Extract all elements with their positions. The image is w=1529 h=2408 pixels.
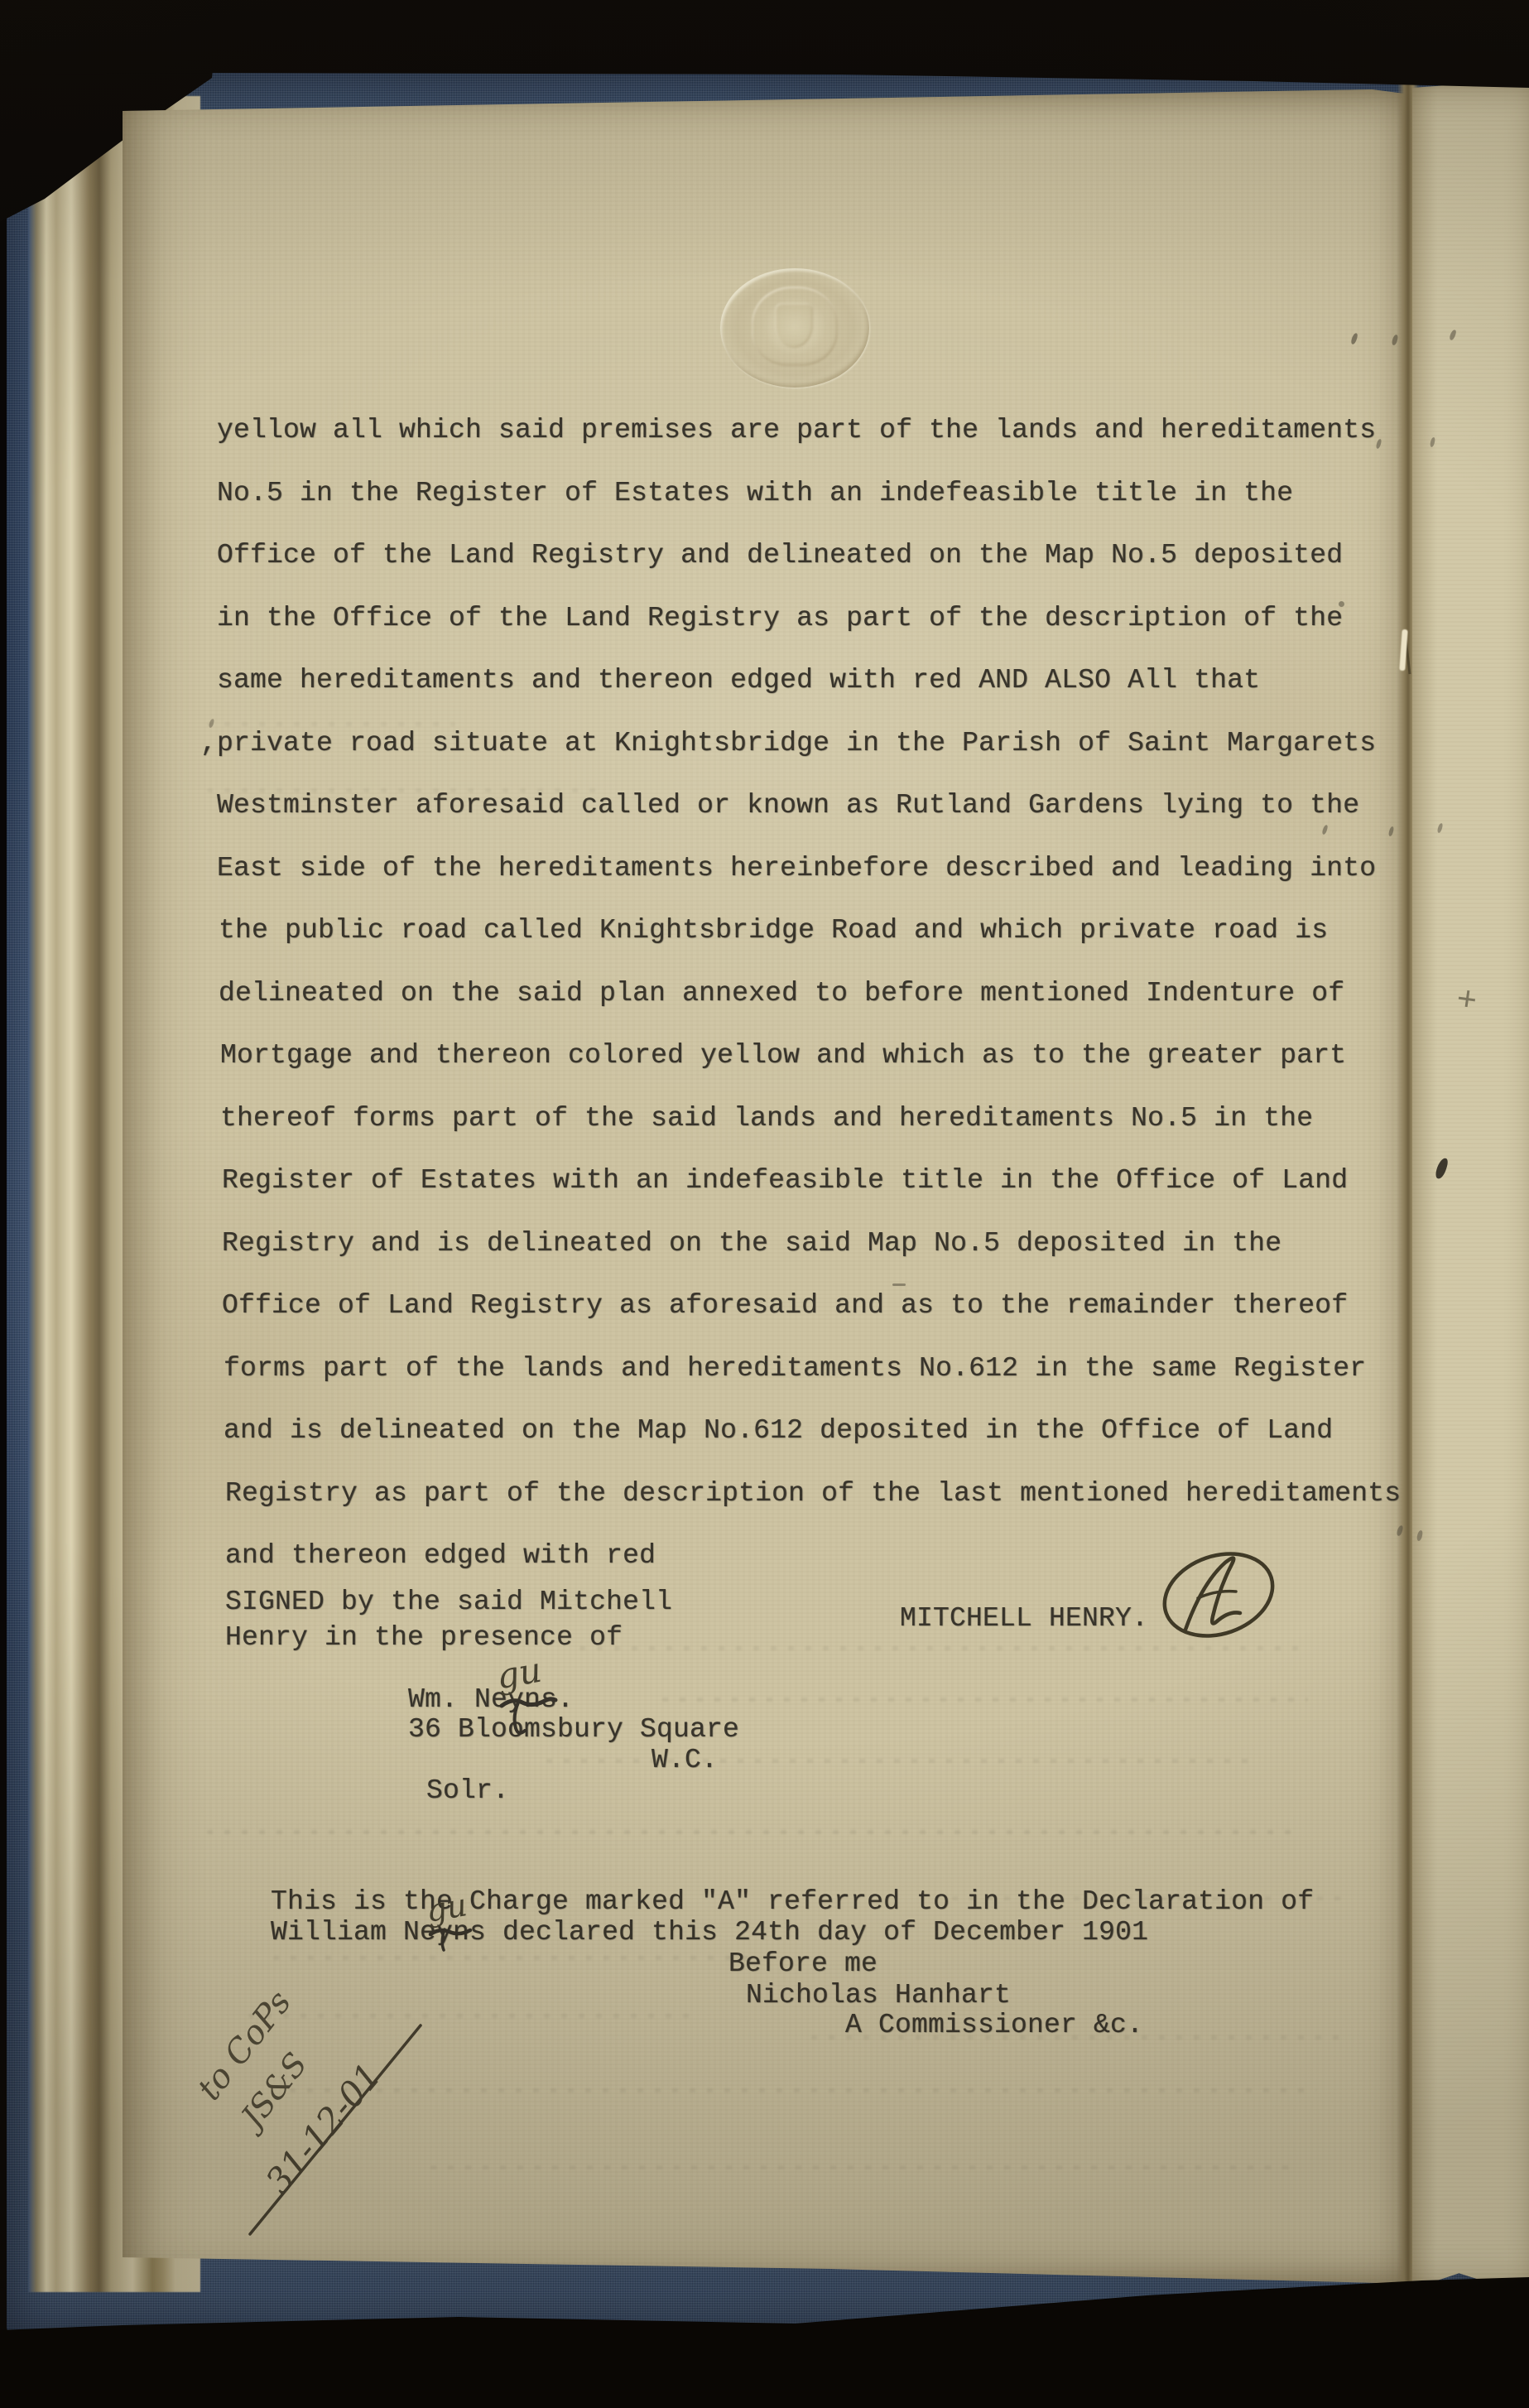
typed-line: ,private road situate at Knightsbridge i… [200, 730, 1376, 757]
typed-line: Registry as part of the description of t… [225, 1480, 1401, 1507]
typed-line: Westminster aforesaid called or known as… [217, 792, 1359, 819]
photographed-book-page: yellow all which said premises are part … [0, 0, 1529, 2408]
typed-line: Henry in the presence of [225, 1624, 623, 1651]
commissioner-name: Nicholas Hanhart [746, 1982, 1011, 2009]
typed-line: Register of Estates with an indefeasible… [222, 1167, 1348, 1194]
handwritten-correction: gu [424, 1886, 470, 1929]
handwritten-correction: gu [493, 1649, 545, 1698]
typed-line: same hereditaments and thereon edged wit… [217, 667, 1260, 694]
typed-line: the public road called Knightsbridge Roa… [219, 917, 1328, 944]
typed-line: William Neyns declared this 24th day of … [271, 1919, 1148, 1946]
typed-line: and is delineated on the Map No.612 depo… [224, 1417, 1333, 1444]
typed-line: yellow all which said premises are part … [217, 417, 1376, 444]
typed-line: Office of the Land Registry and delineat… [217, 542, 1343, 569]
signer-name: MITCHELL HENRY. [900, 1605, 1148, 1632]
typed-line: East side of the hereditaments hereinbef… [217, 855, 1376, 882]
typed-line: No.5 in the Register of Estates with an … [217, 479, 1293, 507]
seal-shield-icon [775, 303, 813, 348]
adjacent-page-edge [1412, 79, 1529, 2295]
typed-line: forms part of the lands and hereditament… [224, 1355, 1366, 1382]
typed-line: in the Office of the Land Registry as pa… [217, 604, 1343, 632]
typed-line: Before me [728, 1950, 877, 1977]
embossed-seal [720, 268, 869, 388]
typed-line: SIGNED by the said Mitchell [225, 1588, 672, 1616]
witness-typed-name: Wm. Neyns. [408, 1686, 574, 1713]
witness-address-line: 36 Bloomsbury Square [408, 1716, 739, 1743]
typed-line: delineated on the said plan annexed to b… [219, 980, 1344, 1007]
typed-line: Office of Land Registry as aforesaid and… [222, 1292, 1348, 1319]
typed-line: thereof forms part of the said lands and… [220, 1105, 1313, 1132]
typed-line: and thereon edged with red [225, 1542, 656, 1569]
typed-line: Registry and is delineated on the said M… [222, 1230, 1281, 1257]
typed-line: Mortgage and thereon colored yellow and … [220, 1042, 1346, 1069]
witness-occupation: Solr. [426, 1777, 509, 1804]
